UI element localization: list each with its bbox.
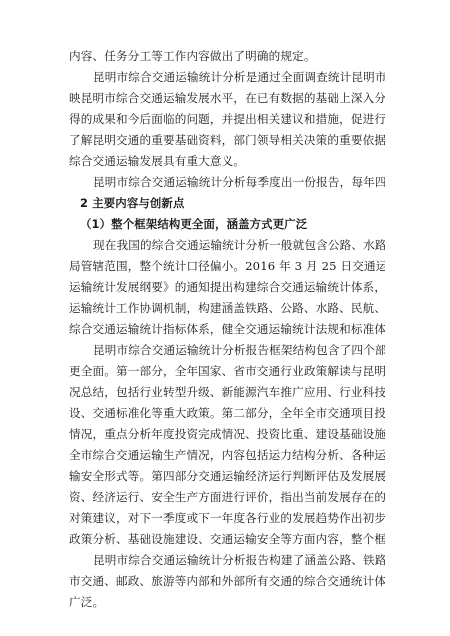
text-line: 局管辖范围，整个统计口径偏小。2016 年 3 月 25 日交通运输部关于印发《… [69,256,385,277]
text-line: 市交通、邮政、旅游等内部和外部所有交通的综合交通统计体系，系统更全面和 [69,571,385,592]
text-line: 内容、任务分工等工作内容做出了明确的规定。 [69,46,385,67]
text-line: 政策分析、基础设施建设、交通运输安全等方面内容，整个框架结构更完整。 [69,529,385,550]
text-line: 映昆明市综合交通运输发展水平，在已有数据的基础上深入分析昆明交通发展取 [69,88,385,109]
text-line: 得的成果和今后面临的问题，并提出相关建议和措施，促进行业健康发展；还是 [69,109,385,130]
text-line: 况总结，包括行业转型升级、新能源汽车推广应用、行业科技创新、城市公交建 [69,382,385,403]
text-line: 更全面。第一部分，全年国家、省市交通行业政策解读与昆明市相关政策落实情 [69,361,385,382]
text-line: 综合交通运输统计指标体系，健全交通运输统计法规和标准体系。 [69,319,385,340]
text-line: 昆明市综合交通运输统计分析报告框架结构包含了四个部分，整个框架结构 [93,340,385,361]
text-line: 对策建议，对下一季度或下一年度各行业的发展趋势作出初步判断。通过加入了 [69,508,385,529]
text-line: 昆明市综合交通运输统计分析报告构建了涵盖公路、铁路、水运、航空、城 [93,550,385,571]
section-heading: 2 主要内容与创新点 [80,193,396,214]
text-line: 运输统计发展纲要》的通知提出构建综合交通运输统计体系，建立健全综合交通 [69,277,385,298]
document-page: 内容、任务分工等工作内容做出了明确的规定。 昆明市综合交通运输统计分析是通过全面… [0,0,450,636]
text-line: 昆明市综合交通运输统计分析每季度出一份报告，每年四份。 [93,172,385,193]
text-line: 运输统计工作协调机制，构建涵盖铁路、公路、水路、民航、邮政及城市交通等 [69,298,385,319]
text-line: 全市综合交通运输生产情况，内容包括运力结构分析、各种运输方式生产量、运 [69,445,385,466]
text-line: 综合交通运输发展具有重大意义。 [69,151,385,172]
text-line: 广泛。 [69,592,385,613]
text-line: 情况，重点分析年度投资完成情况、投资比重、建设基础设施评价等。第三部分， [69,424,385,445]
text-line: 资、经济运行、安全生产方面进行评价，指出当前发展存在的问题并提出相应的 [69,487,385,508]
text-line: 设、交通标准化等重大政策。第二部分，全年全市交通项目投资及基础设施建设 [69,403,385,424]
text-line: 现在我国的综合交通运输统计分析一般就包含公路、水路、邮政等传统交通 [93,235,385,256]
text-line: 了解昆明交通的重要基础资料，部门领导相关决策的重要依据，对于指导昆明市 [69,130,385,151]
subsection-heading: （1）整个框架结构更全面，涵盖方式更广泛 [80,214,396,235]
text-line: 输安全形式等。第四部分交通运输经济运行判断评估及发展展望，主要对交通投 [69,466,385,487]
text-line: 昆明市综合交通运输统计分析是通过全面调查统计昆明市交通运输现状，反 [93,67,385,88]
